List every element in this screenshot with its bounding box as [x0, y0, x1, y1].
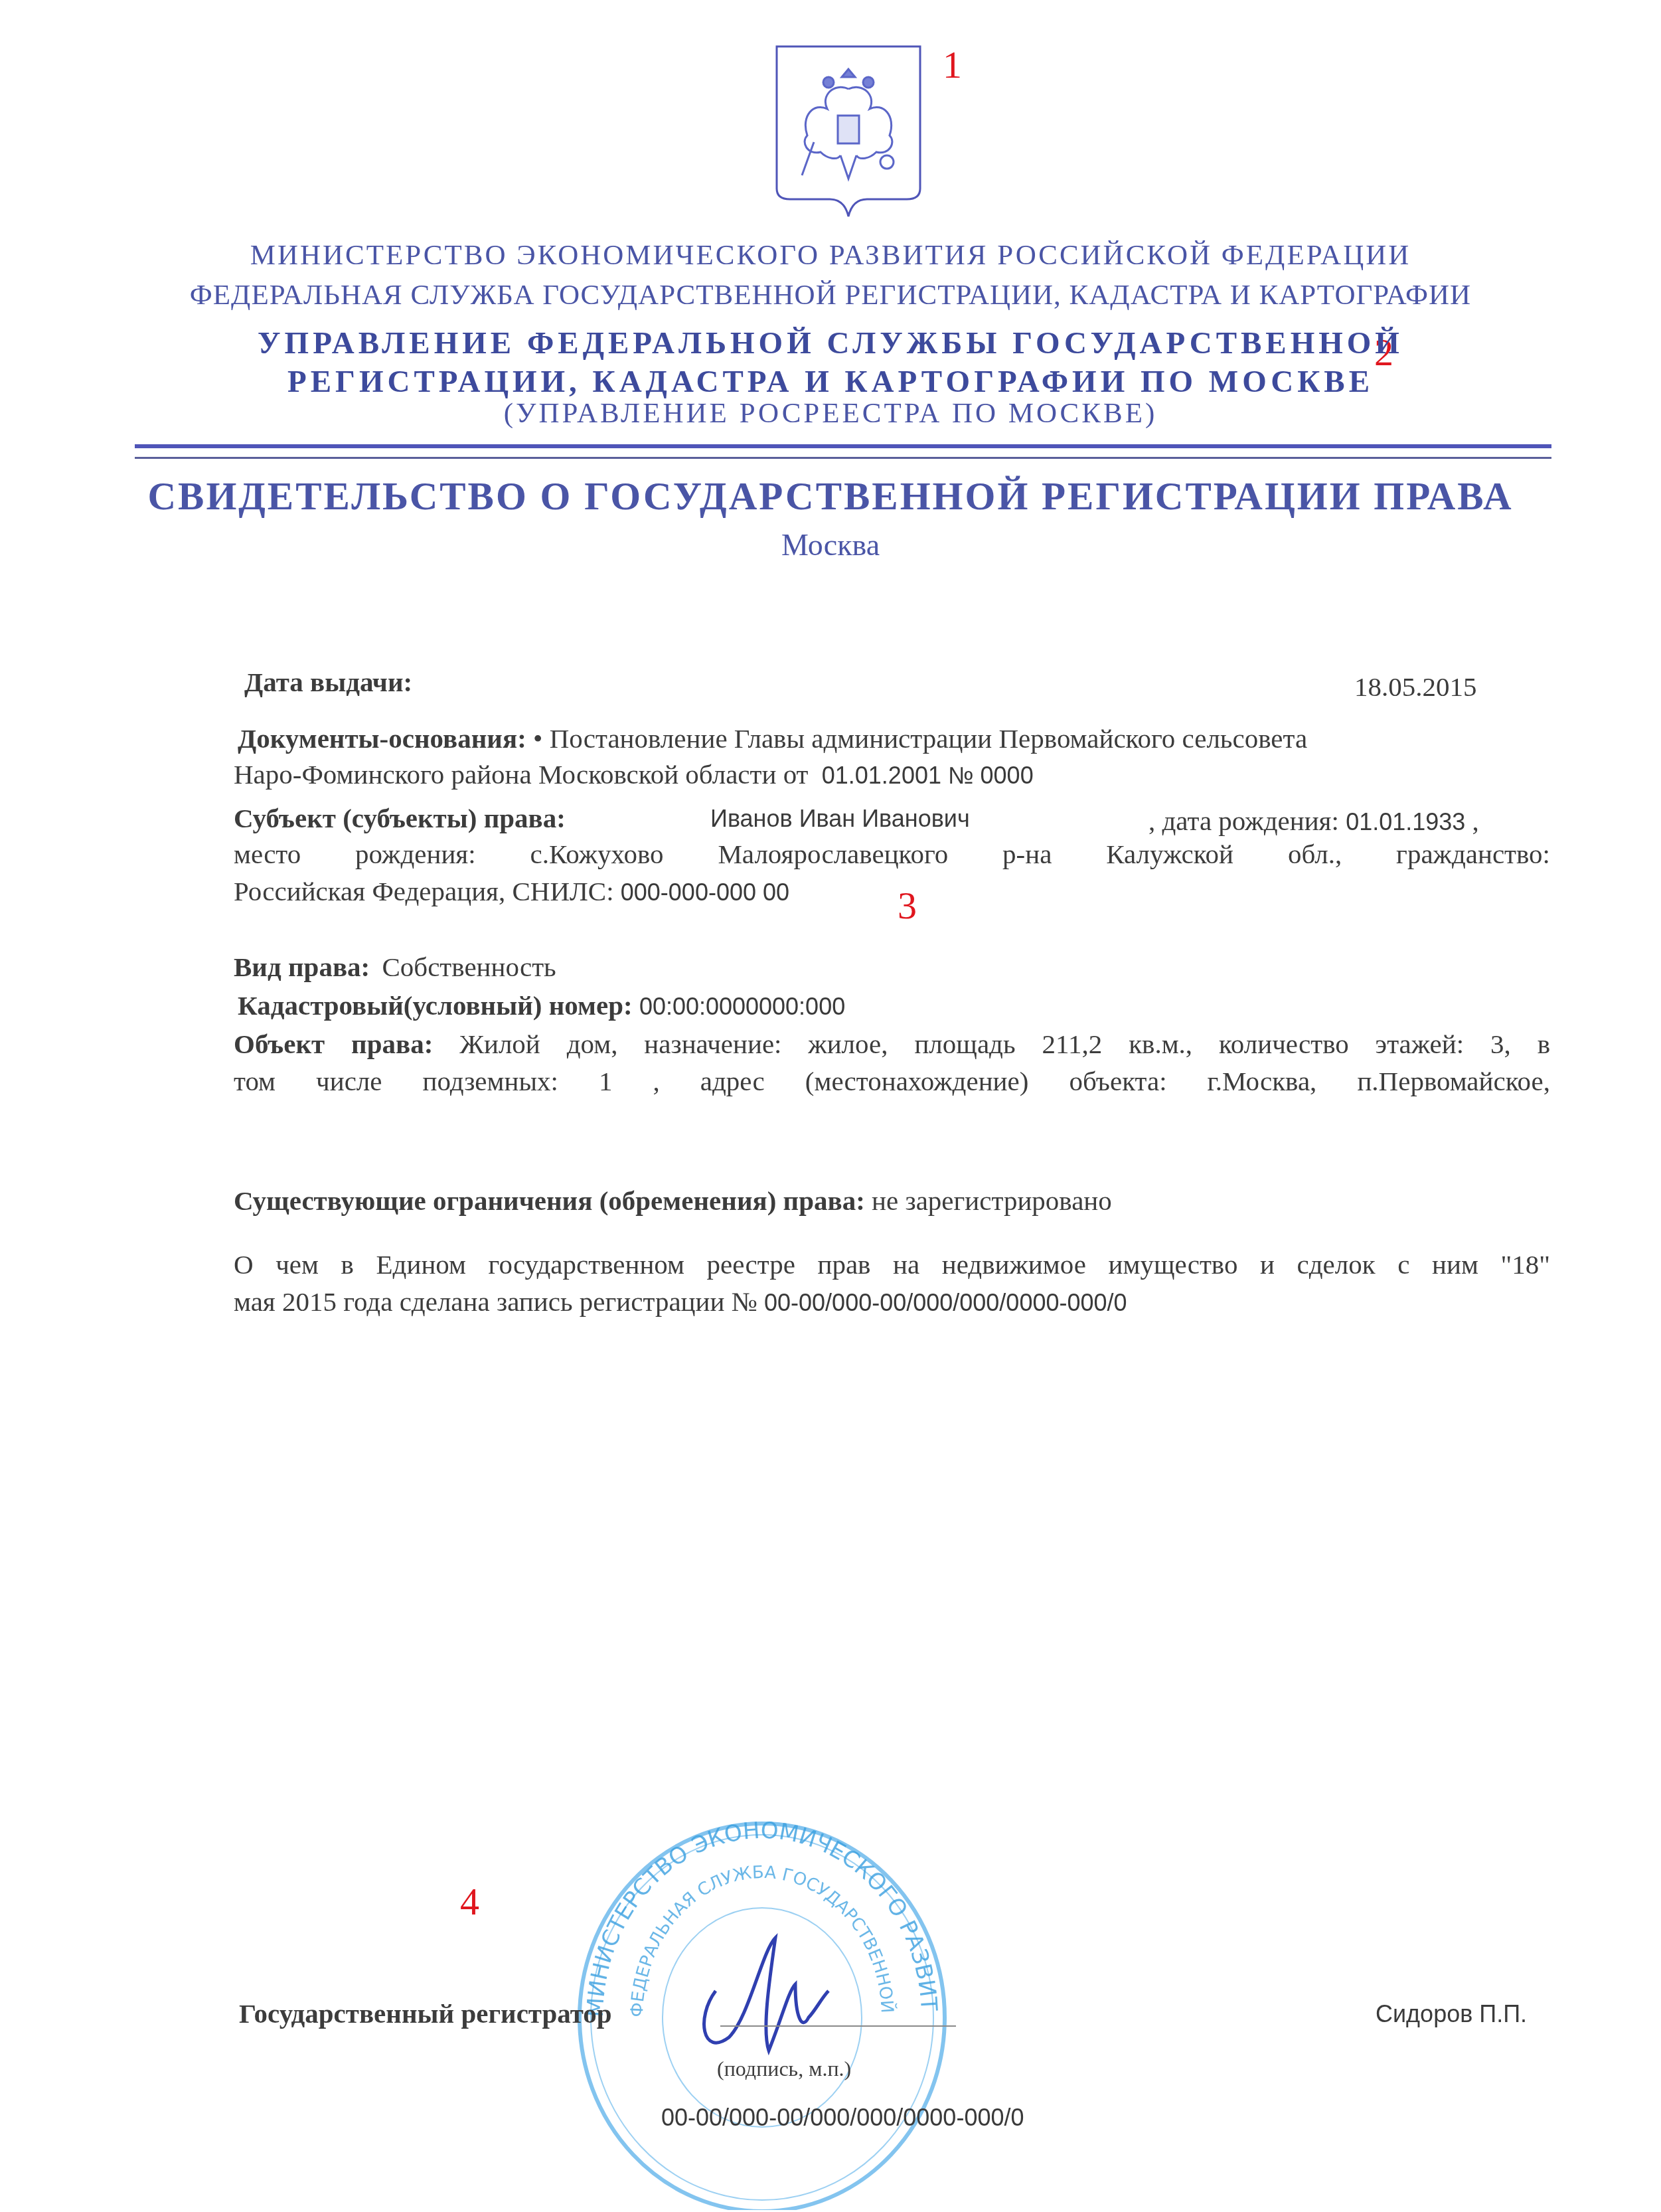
encumbrance-value: не зарегистрировано: [872, 1185, 1112, 1216]
header-divider-thick: [135, 444, 1551, 448]
issue-date-value: 18.05.2015: [1354, 671, 1477, 703]
snils-value: 000-000-000 00: [621, 879, 789, 906]
registrar-label: Государственный регистратор: [239, 1998, 612, 2029]
cadastral-line: Кадастровый(условный) номер: 00:00:00000…: [238, 989, 845, 1021]
birth-date-line: , дата рождения: 01.01.1933 ,: [1148, 805, 1479, 837]
official-seal-stamp: МИНИСТЕРСТВО ЭКОНОМИЧЕСКОГО РАЗВИТИЯ РОС…: [563, 1818, 961, 2210]
marker-4: 4: [460, 1879, 479, 1924]
department-short-name: (УПРАВЛЕНИЕ РОСРЕЕСТРА ПО МОСКВЕ): [0, 397, 1661, 430]
object-label: Объект права:: [234, 1029, 433, 1059]
document-title: СВИДЕТЕЛЬСТВО О ГОСУДАРСТВЕННОЙ РЕГИСТРА…: [0, 473, 1661, 519]
header-divider-thin: [135, 457, 1551, 459]
basis-label: Документы-основания:: [238, 723, 526, 754]
birth-place-line: место рождения: с.Кожухово Малоярославец…: [234, 838, 1550, 870]
basis-doc-ref: 01.01.2001 № 0000: [822, 762, 1034, 789]
subject-name: Иванов Иван Иванович: [710, 805, 970, 833]
citizenship-line: Российская Федерация, СНИЛС: 000-000-000…: [234, 875, 789, 907]
issue-date-label: Дата выдачи:: [244, 666, 412, 698]
signature-caption: (подпись, м.п.): [717, 2057, 851, 2081]
signature-line: [720, 2025, 956, 2027]
basis-text: • Постановление Главы администрации Перв…: [533, 723, 1307, 754]
document-city: Москва: [0, 527, 1661, 562]
marker-1: 1: [943, 43, 962, 87]
registry-number: 00-00/000-00/000/000/0000-000/0: [764, 1289, 1127, 1316]
birth-date-trail: ,: [1472, 806, 1479, 836]
registrar-name: Сидоров П.П.: [1376, 2000, 1527, 2028]
registry-line-1: О чем в Едином государственном реестре п…: [234, 1248, 1550, 1280]
registry-line-2: мая 2015 года сделана запись регистрации…: [234, 1286, 1127, 1318]
right-type-value: Собственность: [382, 952, 556, 982]
department-line-2: РЕГИСТРАЦИИ, КАДАСТРА И КАРТОГРАФИИ ПО М…: [0, 363, 1661, 401]
right-type-line: Вид права: Собственность: [234, 951, 556, 983]
birth-date-value: 01.01.1933: [1346, 808, 1465, 835]
citizenship-text: Российская Федерация, СНИЛС:: [234, 876, 614, 906]
coat-of-arms-icon: [774, 43, 923, 222]
basis-line-2: Наро-Фоминского района Московской област…: [234, 758, 1034, 790]
basis-text-cont: Наро-Фоминского района Московской област…: [234, 759, 809, 790]
right-type-label: Вид права:: [234, 952, 370, 982]
department-line-1: УПРАВЛЕНИЕ ФЕДЕРАЛЬНОЙ СЛУЖБЫ ГОСУДАРСТВ…: [0, 324, 1661, 363]
encumbrance-line: Существующие ограничения (обременения) п…: [234, 1185, 1112, 1217]
service-name: ФЕДЕРАЛЬНАЯ СЛУЖБА ГОСУДАРСТВЕННОЙ РЕГИС…: [0, 279, 1661, 311]
blank-number: 00-00/000-00/000/000/0000-000/0: [661, 2104, 1024, 2132]
cadastral-label: Кадастровый(условный) номер:: [238, 990, 633, 1021]
ministry-name: МИНИСТЕРСТВО ЭКОНОМИЧЕСКОГО РАЗВИТИЯ РОС…: [0, 239, 1661, 272]
birth-date-label: , дата рождения:: [1148, 806, 1339, 836]
marker-3: 3: [898, 883, 917, 928]
subject-label: Субъект (субъекты) права:: [234, 803, 566, 833]
object-text: Жилой дом, назначение: жилое, площадь 21…: [459, 1029, 1550, 1059]
encumbrance-label: Существующие ограничения (обременения) п…: [234, 1185, 865, 1216]
department-name: УПРАВЛЕНИЕ ФЕДЕРАЛЬНОЙ СЛУЖБЫ ГОСУДАРСТВ…: [0, 324, 1661, 401]
cadastral-number: 00:00:0000000:000: [639, 993, 845, 1020]
object-line-2: том числе подземных: 1 , адрес (местонах…: [234, 1065, 1550, 1097]
basis-line-1: Документы-основания: • Постановление Гла…: [238, 723, 1307, 754]
registry-text: мая 2015 года сделана запись регистрации…: [234, 1286, 757, 1317]
subject-line: Субъект (субъекты) права:: [234, 802, 566, 834]
object-line-1: Объект права: Жилой дом, назначение: жил…: [234, 1028, 1550, 1060]
